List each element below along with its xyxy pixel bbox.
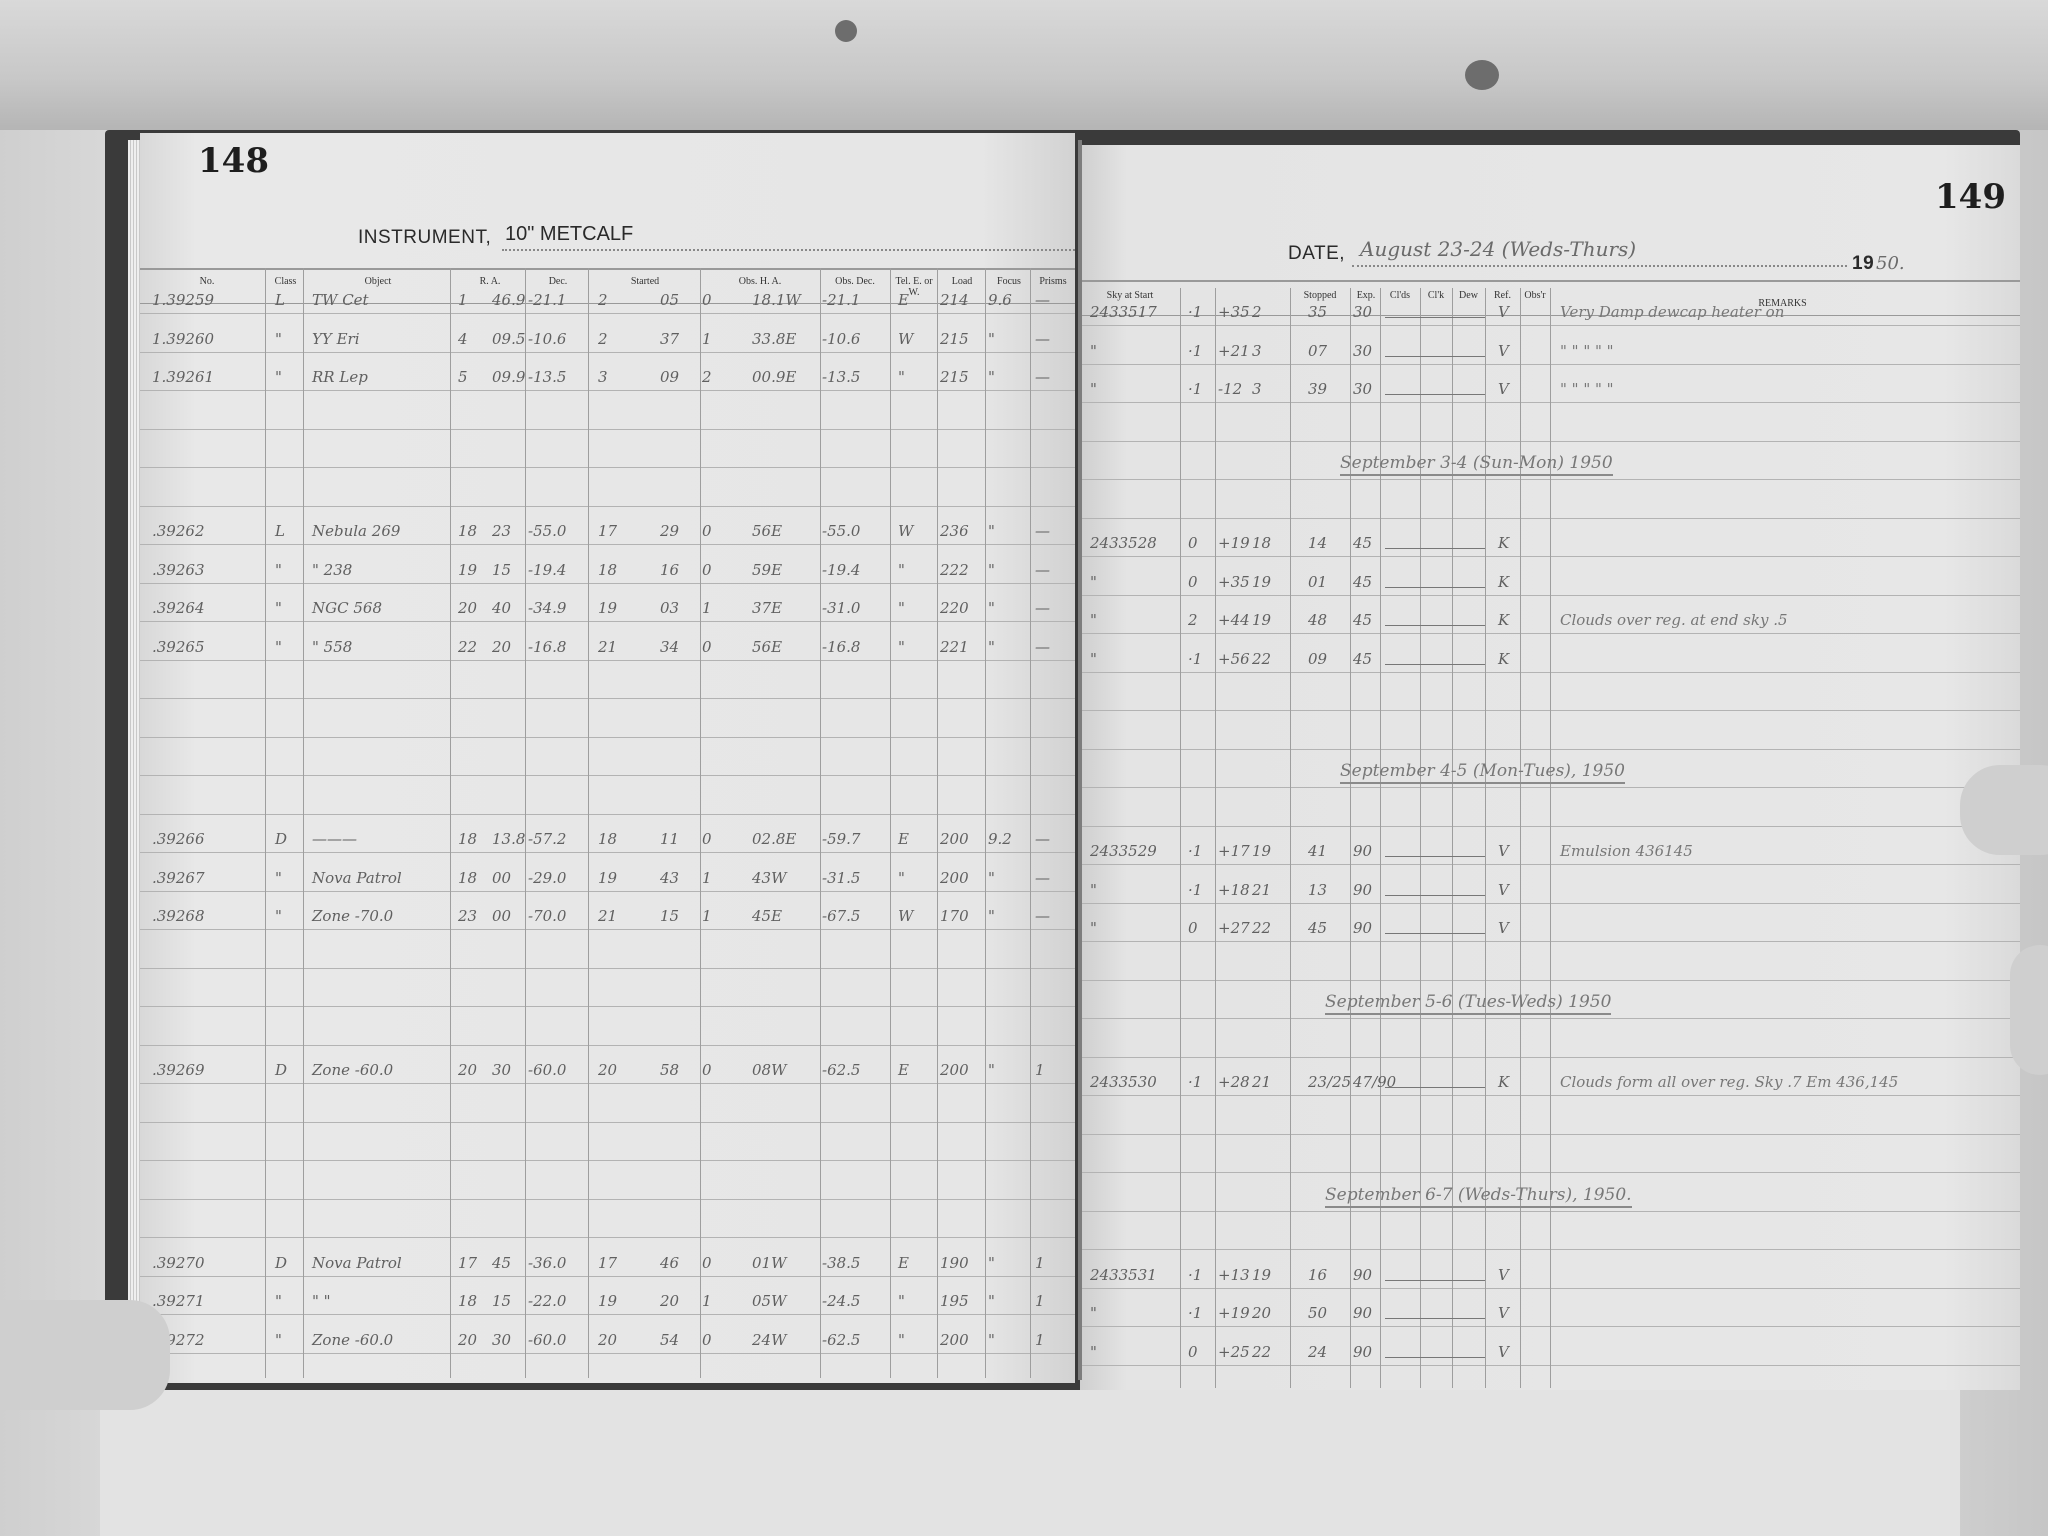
cell-ra-h: 20 xyxy=(458,1061,477,1079)
cloud-dash xyxy=(1385,394,1485,395)
column-rule xyxy=(985,268,986,1378)
cell-sp-m: 48 xyxy=(1308,611,1327,629)
cell-c2: +18 xyxy=(1218,881,1250,899)
cell-load: 236 xyxy=(940,522,969,540)
column-header: Obs'r xyxy=(1520,290,1550,301)
cell-obj: NGC 568 xyxy=(312,599,382,617)
cell-cls: D xyxy=(275,1254,287,1272)
cell-st-h: 19 xyxy=(598,1292,617,1310)
column-rule xyxy=(1030,268,1031,1378)
cell-ha: 18.1W xyxy=(752,291,801,309)
cell-c2: +35 xyxy=(1218,303,1250,321)
cell-cls: " xyxy=(275,869,282,887)
cell-ra-h: 22 xyxy=(458,638,477,656)
date-value: August 23-24 (Weds-Thurs) xyxy=(1360,237,1636,261)
column-header: Class xyxy=(268,276,303,287)
cell-obs-dec: -19.4 xyxy=(822,561,860,579)
cell-st-m: 11 xyxy=(660,830,679,848)
cell-prism: 1 xyxy=(1035,1254,1045,1272)
left-page: 148 INSTRUMENT, 10" METCALF No.ClassObje… xyxy=(140,133,1075,1383)
cell-no: 1.39260 xyxy=(152,330,214,348)
column-header: Dec. xyxy=(528,276,588,287)
cell-c1: ·1 xyxy=(1188,1266,1202,1284)
cell-load: 200 xyxy=(940,869,969,887)
cell-st-h: 21 xyxy=(598,638,617,656)
cell-ra-h: 18 xyxy=(458,1292,477,1310)
cell-ha: 56E xyxy=(752,638,782,656)
cell-exp: 45 xyxy=(1353,650,1372,668)
cell-sky: " xyxy=(1090,881,1097,899)
cell-focus: " xyxy=(988,907,995,925)
cell-st-h: 17 xyxy=(598,522,617,540)
cell-c2: +44 xyxy=(1218,611,1250,629)
cloud-dash xyxy=(1385,587,1485,588)
cell-obj: Zone -60.0 xyxy=(312,1331,393,1349)
cell-ha-h: 1 xyxy=(702,907,712,925)
cell-ha: 00.9E xyxy=(752,368,796,386)
column-header: Prisms xyxy=(1033,276,1073,287)
column-header: Exp. xyxy=(1352,290,1380,301)
cell-obs-dec: -10.6 xyxy=(822,330,860,348)
cell-sky: " xyxy=(1090,1343,1097,1361)
cell-st-m: 54 xyxy=(660,1331,679,1349)
row-rule xyxy=(140,1237,1075,1238)
cell-load: 221 xyxy=(940,638,969,656)
cell-obj: " 238 xyxy=(312,561,352,579)
page-number: 148 xyxy=(198,141,269,181)
cell-ra-m: 30 xyxy=(492,1331,511,1349)
cell-st-m: 05 xyxy=(660,291,679,309)
cell-ha-h: 0 xyxy=(702,1254,712,1272)
cell-sp-m: 35 xyxy=(1308,303,1327,321)
cell-ra-m: 13.8 xyxy=(492,830,525,848)
column-header: Object xyxy=(308,276,448,287)
year-prefix: 19 xyxy=(1852,253,1874,275)
cell-load: 220 xyxy=(940,599,969,617)
cell-ha-h: 0 xyxy=(702,1331,712,1349)
cell-prism: 1 xyxy=(1035,1331,1045,1349)
cell-cls: D xyxy=(275,1061,287,1079)
cell-tel: " xyxy=(898,869,905,887)
cell-load: 215 xyxy=(940,330,969,348)
column-rule xyxy=(1180,288,1181,1388)
cloud-dash xyxy=(1385,317,1485,318)
cell-st-m: 03 xyxy=(660,599,679,617)
cell-obs-dec: -67.5 xyxy=(822,907,860,925)
column-rule xyxy=(937,268,938,1378)
cell-ra-m: 15 xyxy=(492,561,511,579)
cell-cls: D xyxy=(275,830,287,848)
cell-load: 215 xyxy=(940,368,969,386)
cell-sky: " xyxy=(1090,1304,1097,1322)
cell-sp-m: 50 xyxy=(1308,1304,1327,1322)
column-rule xyxy=(1290,288,1291,1388)
cell-dec: -70.0 xyxy=(528,907,566,925)
cell-c2: +13 xyxy=(1218,1266,1250,1284)
cell-c1: 2 xyxy=(1188,611,1198,629)
cell-obs-dec: -55.0 xyxy=(822,522,860,540)
remark-text: Emulsion 436145 xyxy=(1560,842,1693,860)
cell-ha-h: 1 xyxy=(702,869,712,887)
cell-ha: 45E xyxy=(752,907,782,925)
cell-sky: 2433529 xyxy=(1090,842,1157,860)
cell-ha-h: 0 xyxy=(702,1061,712,1079)
cell-ra-m: 46.9 xyxy=(492,291,525,309)
cell-ra-h: 23 xyxy=(458,907,477,925)
row-rule xyxy=(140,544,1075,545)
cell-ha: 56E xyxy=(752,522,782,540)
cell-dec: -29.0 xyxy=(528,869,566,887)
cell-cls: " xyxy=(275,1331,282,1349)
remark-text: " " " " " xyxy=(1560,380,1614,398)
cell-ha-h: 0 xyxy=(702,830,712,848)
column-rule xyxy=(700,268,701,1378)
cell-load: 214 xyxy=(940,291,969,309)
cell-c1: ·1 xyxy=(1188,342,1202,360)
header-rule xyxy=(140,268,1075,270)
cell-sp-h: 3 xyxy=(1252,342,1262,360)
cell-obj: " " xyxy=(312,1292,331,1310)
date-heading: September 4-5 (Mon-Tues), 1950 xyxy=(1340,761,1625,784)
instrument-value: 10" METCALF xyxy=(505,223,633,246)
cell-dec: -22.0 xyxy=(528,1292,566,1310)
cell-obs-dec: -31.5 xyxy=(822,869,860,887)
cell-ha: 33.8E xyxy=(752,330,796,348)
page-number: 149 xyxy=(1935,177,2006,217)
cell-tel: E xyxy=(898,291,909,309)
cell-st-m: 29 xyxy=(660,522,679,540)
cell-dec: -60.0 xyxy=(528,1331,566,1349)
cell-c1: 0 xyxy=(1188,919,1198,937)
cell-obsr: V xyxy=(1498,1304,1509,1322)
cell-prism: — xyxy=(1035,638,1050,656)
cell-ra-h: 18 xyxy=(458,869,477,887)
cell-sky: 2433528 xyxy=(1090,534,1157,552)
cell-st-h: 2 xyxy=(598,330,608,348)
cell-obsr: V xyxy=(1498,1266,1509,1284)
row-rule xyxy=(140,698,1075,699)
cell-c2: -12 xyxy=(1218,380,1242,398)
cell-st-m: 16 xyxy=(660,561,679,579)
cell-no: .39262 xyxy=(152,522,205,540)
cloud-dash xyxy=(1385,625,1485,626)
cell-exp: 30 xyxy=(1353,380,1372,398)
cell-sky: " xyxy=(1090,573,1097,591)
cell-c1: 0 xyxy=(1188,573,1198,591)
cell-st-h: 19 xyxy=(598,599,617,617)
cell-c1: ·1 xyxy=(1188,380,1202,398)
cell-dec: -21.1 xyxy=(528,291,566,309)
cell-c1: 0 xyxy=(1188,1343,1198,1361)
cell-focus: 9.6 xyxy=(988,291,1012,309)
cell-st-m: 15 xyxy=(660,907,679,925)
cell-prism: — xyxy=(1035,522,1050,540)
cell-obsr: V xyxy=(1498,1343,1509,1361)
remark-text: Clouds form all over reg. Sky .7 Em 436,… xyxy=(1560,1073,1898,1091)
cell-sp-m: 01 xyxy=(1308,573,1327,591)
cell-no: .39267 xyxy=(152,869,205,887)
cloud-dash xyxy=(1385,548,1485,549)
cell-focus: " xyxy=(988,869,995,887)
row-rule xyxy=(140,1353,1075,1354)
row-rule xyxy=(140,814,1075,815)
cell-sky: " xyxy=(1090,919,1097,937)
cell-ra-h: 4 xyxy=(458,330,468,348)
row-rule xyxy=(140,891,1075,892)
row-rule xyxy=(140,1083,1075,1084)
cell-st-m: 37 xyxy=(660,330,679,348)
cell-sky: " xyxy=(1090,380,1097,398)
cell-prism: — xyxy=(1035,907,1050,925)
cell-dec: -10.6 xyxy=(528,330,566,348)
cell-ha: 43W xyxy=(752,869,787,887)
column-header: Stopped xyxy=(1290,290,1350,301)
cell-no: .39265 xyxy=(152,638,205,656)
cell-ha-h: 0 xyxy=(702,291,712,309)
cell-obj: " 558 xyxy=(312,638,352,656)
cell-focus: " xyxy=(988,368,995,386)
cell-ra-h: 18 xyxy=(458,830,477,848)
cell-tel: W xyxy=(898,330,913,348)
cell-ha-h: 2 xyxy=(702,368,712,386)
cell-focus: " xyxy=(988,1254,995,1272)
cell-focus: " xyxy=(988,561,995,579)
cell-tel: " xyxy=(898,1331,905,1349)
row-rule xyxy=(140,775,1075,776)
cell-exp: 90 xyxy=(1353,842,1372,860)
cell-st-m: 20 xyxy=(660,1292,679,1310)
cell-dec: -57.2 xyxy=(528,830,566,848)
cell-no: .39269 xyxy=(152,1061,205,1079)
cell-obs-dec: -62.5 xyxy=(822,1061,860,1079)
cell-focus: 9.2 xyxy=(988,830,1012,848)
cell-ra-m: 00 xyxy=(492,907,511,925)
date-dotted-line xyxy=(1352,265,1847,267)
cell-c1: ·1 xyxy=(1188,1073,1202,1091)
remark-text: " " " " " xyxy=(1560,342,1614,360)
cell-ra-m: 00 xyxy=(492,869,511,887)
cell-sp-m: 45 xyxy=(1308,919,1327,937)
cell-st-h: 18 xyxy=(598,830,617,848)
cell-c2: +25 xyxy=(1218,1343,1250,1361)
cell-no: 1.39261 xyxy=(152,368,214,386)
cell-sp-m: 23/25 xyxy=(1308,1073,1351,1091)
cell-dec: -16.8 xyxy=(528,638,566,656)
cell-sp-m: 09 xyxy=(1308,650,1327,668)
cell-tel: " xyxy=(898,1292,905,1310)
row-rule xyxy=(140,1314,1075,1315)
thumb xyxy=(1960,765,2048,855)
cell-tel: W xyxy=(898,907,913,925)
cell-c1: ·1 xyxy=(1188,303,1202,321)
cell-obsr: V xyxy=(1498,881,1509,899)
cell-c2: +27 xyxy=(1218,919,1250,937)
cell-st-m: 43 xyxy=(660,869,679,887)
cell-c1: 0 xyxy=(1188,534,1198,552)
cell-exp: 90 xyxy=(1353,1266,1372,1284)
cell-exp: 45 xyxy=(1353,534,1372,552)
cell-obj: Nova Patrol xyxy=(312,1254,402,1272)
cell-st-h: 18 xyxy=(598,561,617,579)
cell-exp: 45 xyxy=(1353,611,1372,629)
cell-sp-h: 19 xyxy=(1252,1266,1271,1284)
cell-sky: " xyxy=(1090,650,1097,668)
cell-focus: " xyxy=(988,599,995,617)
cell-st-h: 21 xyxy=(598,907,617,925)
column-header: Started xyxy=(595,276,695,287)
cell-c1: ·1 xyxy=(1188,881,1202,899)
cell-ra-m: 45 xyxy=(492,1254,511,1272)
cell-obj: Zone -60.0 xyxy=(312,1061,393,1079)
row-rule xyxy=(140,968,1075,969)
cell-dec: -13.5 xyxy=(528,368,566,386)
cell-exp: 90 xyxy=(1353,1304,1372,1322)
cell-focus: " xyxy=(988,1331,995,1349)
cell-ha: 08W xyxy=(752,1061,787,1079)
cell-st-h: 20 xyxy=(598,1061,617,1079)
cell-obj: RR Lep xyxy=(312,368,368,386)
cell-ra-m: 23 xyxy=(492,522,511,540)
cell-ra-m: 20 xyxy=(492,638,511,656)
cell-c2: +56 xyxy=(1218,650,1250,668)
cell-prism: — xyxy=(1035,330,1050,348)
cell-dec: -34.9 xyxy=(528,599,566,617)
year-suffix: 50. xyxy=(1876,253,1905,274)
cell-cls: L xyxy=(275,522,285,540)
cell-sp-h: 3 xyxy=(1252,380,1262,398)
cell-sp-m: 41 xyxy=(1308,842,1327,860)
cell-tel: " xyxy=(898,561,905,579)
cloud-dash xyxy=(1385,933,1485,934)
cell-ra-m: 09.5 xyxy=(492,330,525,348)
cell-prism: — xyxy=(1035,869,1050,887)
cell-ha: 01W xyxy=(752,1254,787,1272)
cell-c2: +17 xyxy=(1218,842,1250,860)
column-header: Focus xyxy=(988,276,1030,287)
column-header: Obs. Dec. xyxy=(822,276,888,287)
column-rule xyxy=(525,268,526,1378)
cell-sky: 2433531 xyxy=(1090,1266,1157,1284)
cell-sp-h: 19 xyxy=(1252,611,1271,629)
cell-tel: E xyxy=(898,1061,909,1079)
cell-st-h: 2 xyxy=(598,291,608,309)
cell-sp-m: 07 xyxy=(1308,342,1327,360)
row-rule xyxy=(140,1276,1075,1277)
row-rule xyxy=(140,1199,1075,1200)
cell-obj: Nebula 269 xyxy=(312,522,400,540)
cell-c2: +19 xyxy=(1218,1304,1250,1322)
cell-ra-h: 5 xyxy=(458,368,468,386)
cell-obj: YY Eri xyxy=(312,330,360,348)
cell-st-h: 17 xyxy=(598,1254,617,1272)
cloud-dash xyxy=(1385,895,1485,896)
cell-sp-h: 21 xyxy=(1252,881,1271,899)
cell-obs-dec: -24.5 xyxy=(822,1292,860,1310)
cell-obs-dec: -13.5 xyxy=(822,368,860,386)
column-header: No. xyxy=(152,276,262,287)
row-rule xyxy=(140,352,1075,353)
cell-c2: +28 xyxy=(1218,1073,1250,1091)
row-rule xyxy=(140,390,1075,391)
row-rule xyxy=(140,313,1075,314)
cell-obsr: V xyxy=(1498,919,1509,937)
cell-exp: 90 xyxy=(1353,881,1372,899)
cell-obj: TW Cet xyxy=(312,291,369,309)
column-header: Cl'k xyxy=(1420,290,1452,301)
cell-obsr: K xyxy=(1498,611,1509,629)
cloud-dash xyxy=(1385,664,1485,665)
cell-no: .39264 xyxy=(152,599,205,617)
cell-ha: 24W xyxy=(752,1331,787,1349)
cell-no: 1.39259 xyxy=(152,291,214,309)
cell-obj: ——— xyxy=(312,830,357,848)
cell-sky: 2433517 xyxy=(1090,303,1157,321)
cell-obsr: V xyxy=(1498,842,1509,860)
header-rule xyxy=(1080,280,2020,282)
cell-obs-dec: -21.1 xyxy=(822,291,860,309)
cell-no: .39266 xyxy=(152,830,205,848)
cell-obs-dec: -62.5 xyxy=(822,1331,860,1349)
cell-ra-h: 20 xyxy=(458,1331,477,1349)
cell-no: .39271 xyxy=(152,1292,205,1310)
cell-c1: ·1 xyxy=(1188,842,1202,860)
cell-exp: 30 xyxy=(1353,303,1372,321)
cell-load: 200 xyxy=(940,830,969,848)
cell-focus: " xyxy=(988,1292,995,1310)
cell-st-m: 34 xyxy=(660,638,679,656)
cell-obj: Zone -70.0 xyxy=(312,907,393,925)
cell-c1: ·1 xyxy=(1188,650,1202,668)
column-header: Cl'ds xyxy=(1380,290,1420,301)
cell-prism: — xyxy=(1035,291,1050,309)
cell-ha: 37E xyxy=(752,599,782,617)
row-rule xyxy=(140,506,1075,507)
column-header: R. A. xyxy=(455,276,525,287)
cell-sp-h: 19 xyxy=(1252,842,1271,860)
cell-ra-m: 15 xyxy=(492,1292,511,1310)
cell-obs-dec: -16.8 xyxy=(822,638,860,656)
cell-sp-h: 22 xyxy=(1252,919,1271,937)
cell-c2: +19 xyxy=(1218,534,1250,552)
cell-sp-h: 18 xyxy=(1252,534,1271,552)
cell-sp-h: 21 xyxy=(1252,1073,1271,1091)
cell-dec: -19.4 xyxy=(528,561,566,579)
cell-dec: -36.0 xyxy=(528,1254,566,1272)
cell-tel: " xyxy=(898,599,905,617)
cell-obj: Nova Patrol xyxy=(312,869,402,887)
instrument-dotted-line xyxy=(502,249,1075,251)
cell-st-m: 46 xyxy=(660,1254,679,1272)
row-rule xyxy=(140,1122,1075,1123)
cell-obsr: K xyxy=(1498,1073,1509,1091)
column-rule xyxy=(588,268,589,1378)
cell-obsr: V xyxy=(1498,303,1509,321)
row-rule xyxy=(140,852,1075,853)
cell-sp-m: 14 xyxy=(1308,534,1327,552)
cell-tel: " xyxy=(898,368,905,386)
cell-obs-dec: -59.7 xyxy=(822,830,860,848)
cell-load: 200 xyxy=(940,1061,969,1079)
cell-exp: 30 xyxy=(1353,342,1372,360)
cell-cls: " xyxy=(275,599,282,617)
cell-exp: 45 xyxy=(1353,573,1372,591)
cell-prism: 1 xyxy=(1035,1061,1045,1079)
cell-ra-m: 30 xyxy=(492,1061,511,1079)
cell-st-h: 20 xyxy=(598,1331,617,1349)
cell-cls: " xyxy=(275,330,282,348)
cell-tel: W xyxy=(898,522,913,540)
cloud-dash xyxy=(1385,1357,1485,1358)
